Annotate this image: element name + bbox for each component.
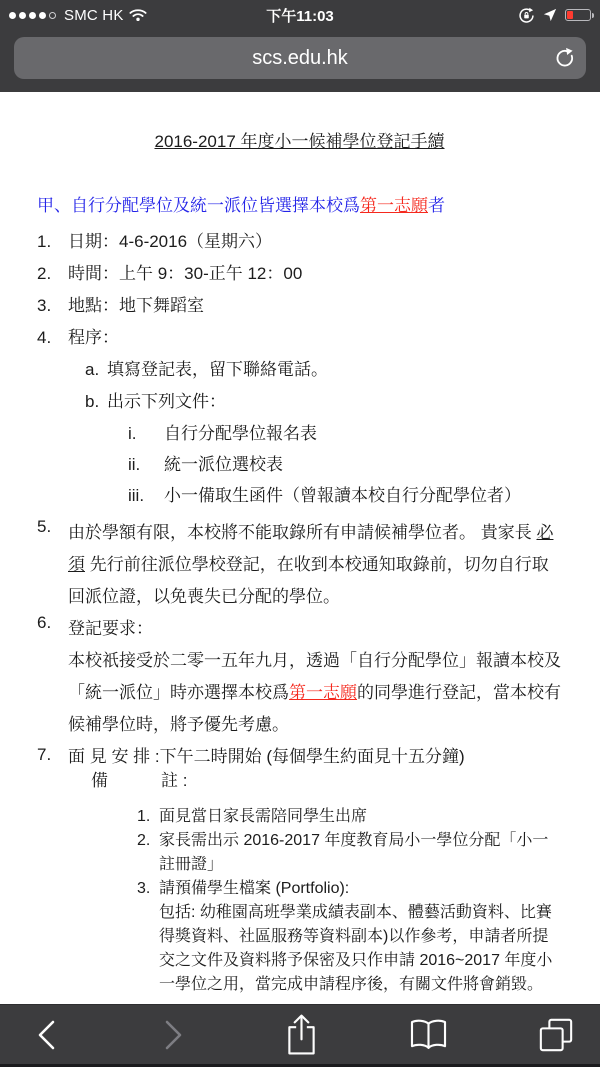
status-left: SMC HK bbox=[9, 7, 147, 24]
carrier-label: SMC HK bbox=[64, 7, 124, 24]
notes-label-right: 註 : bbox=[161, 769, 187, 793]
list-item-6: 6. 登記要求： 本校祇接受於二零一五年九月，透過「自行分配學位」報讀本校及「統… bbox=[37, 613, 562, 741]
bottom-toolbar bbox=[0, 1004, 600, 1064]
list-text: 登記要求： 本校祇接受於二零一五年九月，透過「自行分配學位」報讀本校及「統一派位… bbox=[68, 613, 562, 741]
list-text: 面見當日家長需陪同學生出席 bbox=[159, 805, 367, 829]
notes-list: 1. 面見當日家長需陪同學生出席 2. 家長需出示 2016-2017 年度教育… bbox=[137, 805, 562, 997]
list-text: 程序： bbox=[68, 328, 562, 348]
web-content: 2016-2017 年度小一候補學位登記手續 甲、自行分配學位及統一派位皆選擇本… bbox=[0, 92, 600, 1004]
list-text: 自行分配學位報名表 bbox=[164, 424, 562, 444]
iphone-safari-screen: SMC HK 下午11:03 bbox=[0, 0, 600, 1067]
notes-label: 備 註 : bbox=[91, 769, 562, 793]
back-button[interactable] bbox=[24, 1011, 68, 1059]
rotation-lock-icon bbox=[518, 7, 535, 24]
forward-button[interactable] bbox=[152, 1011, 196, 1059]
roman-list-item: i. 自行分配學位報名表 bbox=[128, 424, 562, 444]
tabs-button[interactable] bbox=[534, 1011, 578, 1059]
list-num: 3. bbox=[37, 296, 68, 316]
note-item: 1. 面見當日家長需陪同學生出席 bbox=[137, 805, 562, 829]
notes-label-left: 備 bbox=[91, 769, 161, 793]
item5-line1: 由於學額有限，本校將不能取錄所有申請候補學位者。 bbox=[68, 523, 476, 542]
heading-text: 甲、自行分配學位及統一派位皆選擇本校爲 bbox=[37, 196, 360, 215]
list-text: 地點：地下舞蹈室 bbox=[68, 296, 562, 316]
list-text: 日期：4-6-2016（星期六） bbox=[68, 232, 562, 252]
list-num: ii. bbox=[128, 455, 164, 475]
status-bar: SMC HK 下午11:03 bbox=[0, 0, 600, 30]
list-num: 1. bbox=[137, 805, 159, 829]
chevron-right-icon bbox=[165, 1020, 182, 1050]
list-num: 4. bbox=[37, 328, 68, 348]
item5-line2: 貴家長 bbox=[481, 523, 537, 542]
share-button[interactable] bbox=[279, 1011, 323, 1059]
list-text: 填寫登記表，留下聯絡電話。 bbox=[107, 360, 562, 380]
list-num: i. bbox=[128, 424, 164, 444]
list-num: 2. bbox=[137, 829, 159, 877]
battery-low-icon bbox=[565, 9, 591, 21]
list-num: a. bbox=[85, 360, 107, 380]
list-num: 3. bbox=[137, 877, 159, 997]
list-item: 1. 日期：4-6-2016（星期六） bbox=[37, 232, 562, 252]
note3-title: 請預備學生檔案 (Portfolio): bbox=[159, 877, 562, 901]
list-text: 家長需出示 2016-2017 年度教育局小一學位分配「小一註冊證」 bbox=[159, 829, 562, 877]
note-item: 2. 家長需出示 2016-2017 年度教育局小一學位分配「小一註冊證」 bbox=[137, 829, 562, 877]
heading-highlight: 第一志願 bbox=[360, 196, 428, 215]
list-num: 7. bbox=[37, 745, 68, 793]
list-text: 由於學額有限，本校將不能取錄所有申請候補學位者。 貴家長 必須 先行前往派位學校… bbox=[68, 517, 562, 613]
page-title: 2016-2017 年度小一候補學位登記手續 bbox=[37, 132, 562, 152]
share-icon bbox=[285, 1013, 318, 1056]
list-item-5: 5. 由於學額有限，本校將不能取錄所有申請候補學位者。 貴家長 必須 先行前往派… bbox=[37, 517, 562, 613]
list-num: iii. bbox=[128, 486, 164, 506]
location-arrow-icon bbox=[543, 8, 557, 22]
url-bar: scs.edu.hk bbox=[0, 30, 600, 92]
signal-strength-icon bbox=[9, 12, 56, 19]
list-text: 統一派位選校表 bbox=[164, 455, 562, 475]
note3-detail: 包括: 幼稚園高班學業成績表副本、體藝活動資料、比賽得獎資料、社區服務等資料副本… bbox=[159, 901, 562, 997]
sub-list-item: a. 填寫登記表，留下聯絡電話。 bbox=[85, 360, 562, 380]
list-num: 1. bbox=[37, 232, 68, 252]
book-icon bbox=[408, 1018, 449, 1052]
list-text: 請預備學生檔案 (Portfolio): 包括: 幼稚園高班學業成績表副本、體藝… bbox=[159, 877, 562, 997]
chevron-left-icon bbox=[38, 1020, 55, 1050]
address-field[interactable]: scs.edu.hk bbox=[14, 37, 586, 79]
list-num: 5. bbox=[37, 517, 68, 613]
list-item: 3. 地點：地下舞蹈室 bbox=[37, 296, 562, 316]
item6-body: 本校祇接受於二零一五年九月，透過「自行分配學位」報讀本校及「統一派位」時亦選擇本… bbox=[68, 645, 562, 741]
list-item: 2. 時間：上午 9：30-正午 12：00 bbox=[37, 264, 562, 284]
item6-highlight: 第一志願 bbox=[289, 683, 357, 702]
url-text: scs.edu.hk bbox=[252, 47, 348, 70]
list-text: 時間：上午 9：30-正午 12：00 bbox=[68, 264, 562, 284]
list-text: 出示下列文件： bbox=[107, 392, 562, 412]
sub-list-item: b. 出示下列文件： bbox=[85, 392, 562, 412]
list-num: b. bbox=[85, 392, 107, 412]
roman-list-item: ii. 統一派位選校表 bbox=[128, 455, 562, 475]
list-num: 6. bbox=[37, 613, 68, 741]
status-right bbox=[518, 7, 591, 24]
tabs-icon bbox=[538, 1017, 574, 1053]
refresh-icon[interactable] bbox=[554, 47, 576, 69]
heading-suffix: 者 bbox=[428, 196, 445, 215]
item7-interview-line: 面 見 安 排 :下午二時開始 (每個學生約面見十五分鐘) bbox=[68, 745, 562, 769]
roman-list-item: iii. 小一備取生函件（曾報讀本校自行分配學位者） bbox=[128, 486, 562, 506]
bookmarks-button[interactable] bbox=[407, 1011, 451, 1059]
browser-chrome-top: SMC HK 下午11:03 bbox=[0, 0, 600, 92]
note-item: 3. 請預備學生檔案 (Portfolio): 包括: 幼稚園高班學業成績表副本… bbox=[137, 877, 562, 997]
list-text: 小一備取生函件（曾報讀本校自行分配學位者） bbox=[164, 486, 562, 506]
wifi-icon bbox=[129, 8, 147, 22]
item5-line2-rest: 先行前往派位學校登記，在收到本校通知取錄前，切勿自行取回派位證，以免喪失已分配的… bbox=[68, 555, 549, 606]
list-num: 2. bbox=[37, 264, 68, 284]
list-item-7: 7. 面 見 安 排 :下午二時開始 (每個學生約面見十五分鐘) 備 註 : bbox=[37, 745, 562, 793]
item6-label: 登記要求： bbox=[68, 613, 562, 645]
list-item: 4. 程序： bbox=[37, 328, 562, 348]
section-heading: 甲、自行分配學位及統一派位皆選擇本校爲第一志願者 bbox=[37, 196, 562, 216]
list-text: 面 見 安 排 :下午二時開始 (每個學生約面見十五分鐘) 備 註 : bbox=[68, 745, 562, 793]
